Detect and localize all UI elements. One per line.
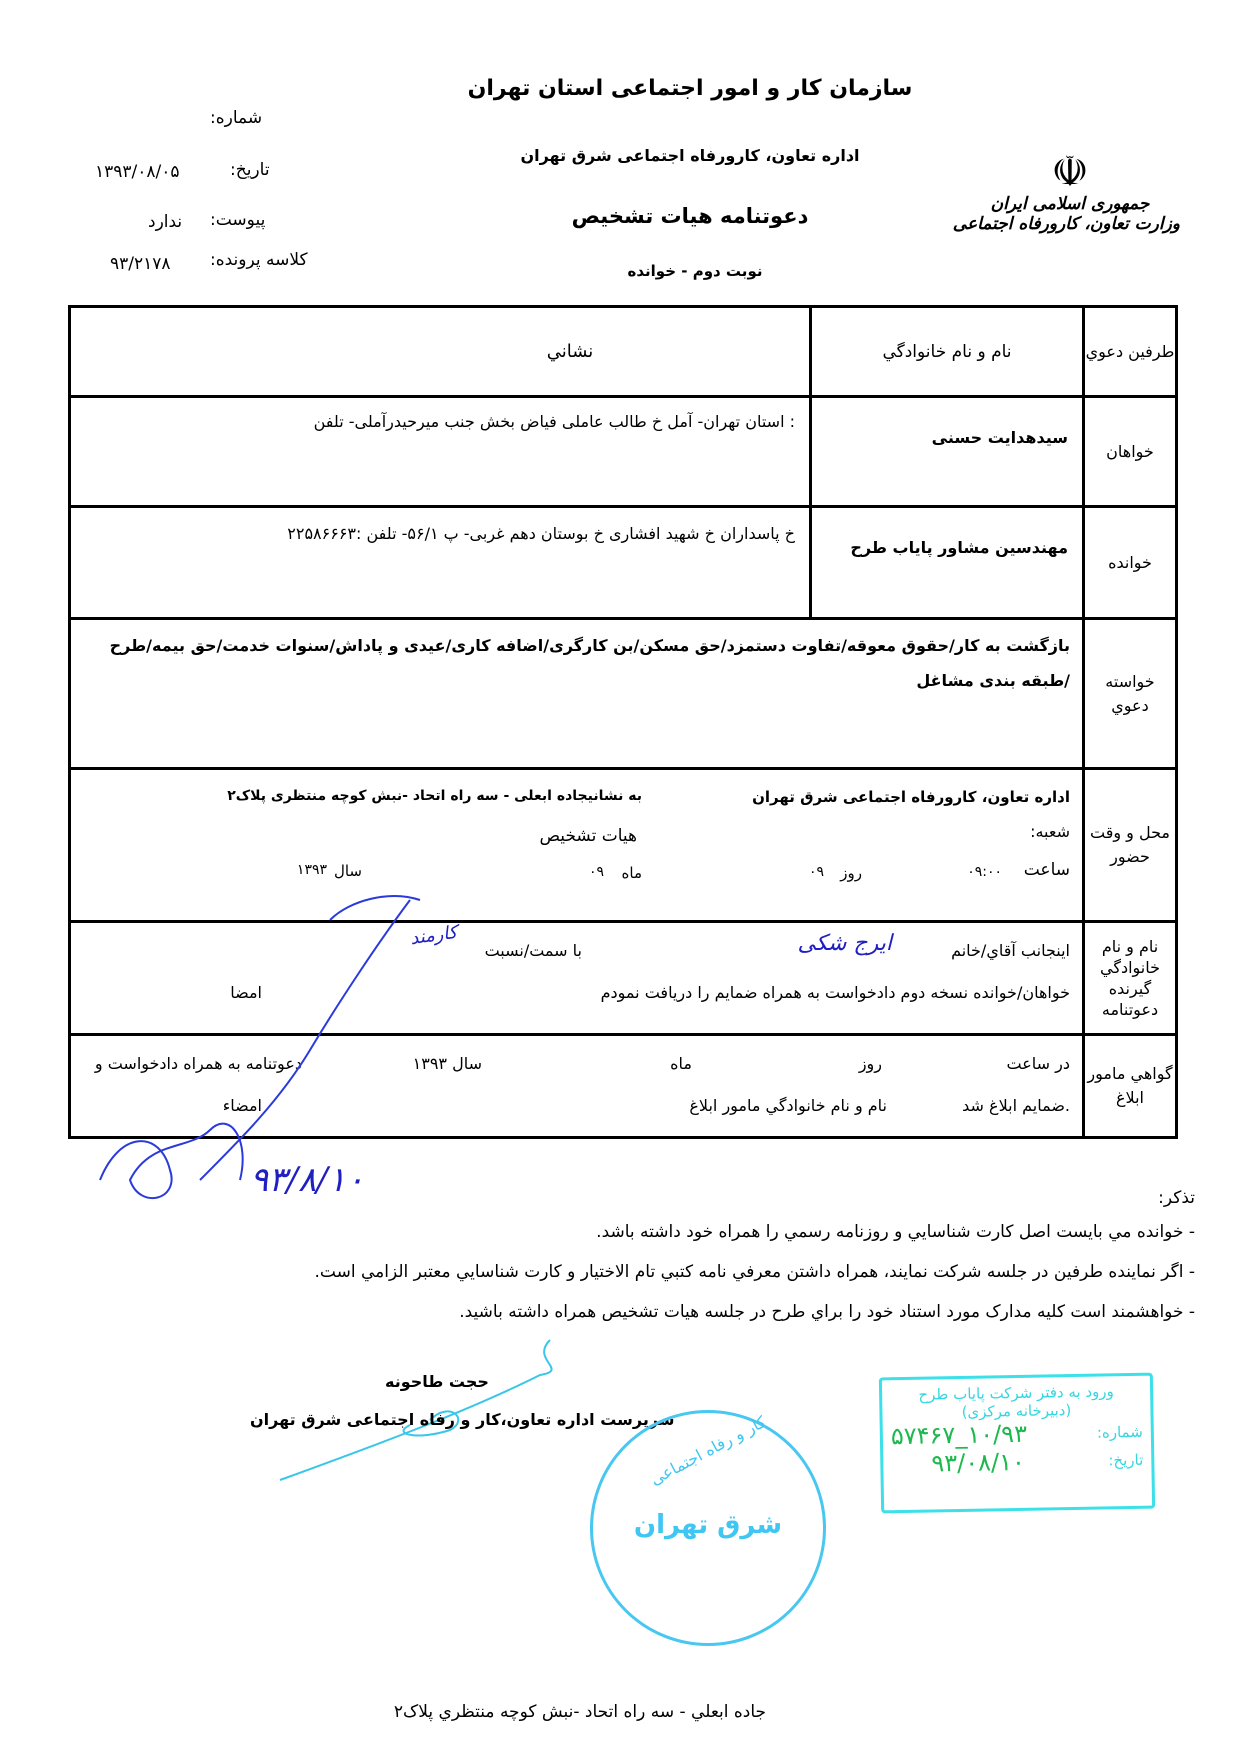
year-value: ۱۳۹۳ [297, 862, 327, 878]
attachment-value: ندارد [148, 212, 182, 232]
signatory-name: حجت طاحونه [385, 1372, 489, 1391]
branch-value: هیات تشخیص [539, 826, 637, 846]
date-label: تاریخ: [230, 160, 270, 180]
table-row-defendant: خوانده مهندسین مشاور پایاب طرح خ پاسدارا… [70, 507, 1177, 619]
officer-name-label: نام و نام خانوادگي مامور ابلاغ [689, 1096, 887, 1115]
notes-title: تذکر: [1158, 1188, 1195, 1208]
at-hour-label: در ساعت [1007, 1054, 1070, 1073]
header-address-label: نشاني [547, 341, 594, 362]
iran-emblem-icon: ☫ [960, 150, 1180, 194]
table-row-appearance: محل و وقت حضور اداره تعاون، کارورفاه اجت… [70, 769, 1177, 922]
claim-line-2: /طبقه بندی مشاغل [71, 655, 1082, 690]
entry-stamp-number-label: شماره: [1097, 1423, 1143, 1442]
officer-signature-label: امضاء [223, 1096, 262, 1115]
receiver-label: نام و نام خانوادگي گیرنده دعوتنامه [1084, 922, 1177, 1035]
date-value: ۱۳۹۳/۰۸/۰۵ [95, 162, 180, 182]
header-parties: طرفین دعوي [1084, 307, 1177, 397]
round-stamp-arc: کار و رفاه اجتماعی [602, 1388, 814, 1513]
signatory-title: سرپرست اداره تعاون،کار و رفاه اجتماعی شر… [250, 1410, 675, 1429]
logo-line-1: جمهوری اسلامی ایران [960, 194, 1180, 214]
receiver-signature-label: امضا [230, 983, 262, 1002]
file-number-value: ۹۳/۲۱۷۸ [110, 254, 171, 274]
month-label: ماه [622, 864, 642, 882]
footer-address: جاده ابعلي - سه راه اتحاد -نبش کوچه منتظ… [0, 1702, 1240, 1722]
role-label: با سمت/نسبت [485, 941, 582, 960]
day-label: روز [840, 864, 862, 882]
entry-stamp: ورود به دفتر شرکت پایاب طرح (دبیرخانه مر… [879, 1373, 1155, 1514]
table-row-claim: خواسته دعوي بازگشت به کار/حقوق معوقه/تفا… [70, 619, 1177, 769]
plaintiff-name: سیدهدایت حسنی [812, 398, 1082, 461]
file-number-label: کلاسه پرونده: [210, 250, 308, 270]
table-header-row: طرفین دعوي نام و نام خانوادگي نشاني [70, 307, 1177, 397]
round-official-stamp: کار و رفاه اجتماعی شرق تهران [590, 1410, 826, 1646]
logo-line-2: وزارت تعاون، کارورفاه اجتماعی [960, 214, 1180, 234]
receipt-statement: خواهان/خوانده نسخه دوم دادخواست به همراه… [601, 983, 1070, 1002]
number-label: شماره: [210, 108, 262, 128]
plaintiff-label: خواهان [1084, 397, 1177, 507]
month-value: ۰۹ [589, 864, 604, 880]
attachments-served: .ضمایم ابلاغ شد [962, 1096, 1070, 1115]
org-title: سازمان کار و امور اجتماعی استان تهران [0, 76, 1240, 101]
plaintiff-address: : استان تهران- آمل خ طالب عاملی فیاض بخش… [71, 398, 809, 445]
round-stamp-center: شرق تهران [593, 1510, 823, 1540]
defendant-label: خوانده [1084, 507, 1177, 619]
officer-year-label: سال ۱۳۹۳ [413, 1054, 482, 1073]
note-item-3: - خواهشمند است کلیه مدارک مورد استناد خو… [459, 1302, 1195, 1322]
entry-stamp-number: ۱۰/۹۳_۵۷۴۶۷ [891, 1420, 1028, 1450]
receiver-handwritten-name: ایرج شکی [798, 931, 893, 956]
officer-label: گواهي مامور ابلاغ [1084, 1035, 1177, 1138]
entry-stamp-date: ۹۳/۰۸/۱۰ [931, 1448, 1025, 1478]
defendant-name: مهندسین مشاور پایاب طرح [812, 508, 1082, 571]
table-row-plaintiff: خواهان سیدهدایت حسنی : استان تهران- آمل … [70, 397, 1177, 507]
table-row-officer: گواهي مامور ابلاغ در ساعت روز ماه سال ۱۳… [70, 1035, 1177, 1138]
note-item-1: - خوانده مي بایست اصل کارت شناسایي و روز… [596, 1222, 1195, 1242]
entry-stamp-date-label: تاریخ: [1108, 1451, 1143, 1470]
header-address: نشاني [70, 307, 811, 397]
attachment-label: پیوست: [210, 210, 265, 230]
claim-label: خواسته دعوي [1084, 619, 1177, 769]
header-name: نام و نام خانوادگي [811, 307, 1084, 397]
hour-label: ساعت [1024, 860, 1070, 880]
table-row-receiver: نام و نام خانوادگي گیرنده دعوتنامه اینجا… [70, 922, 1177, 1035]
ministry-logo: ☫ جمهوری اسلامی ایران وزارت تعاون، کارور… [960, 150, 1180, 234]
officer-day-label: روز [859, 1054, 882, 1073]
summons-table: طرفین دعوي نام و نام خانوادگي نشاني خواه… [68, 305, 1178, 1139]
defendant-address: خ پاسداران خ شهید افشاری خ بوستان دهم غر… [71, 508, 809, 557]
handwritten-date: ۹۳/۸/۱۰ [250, 1160, 364, 1200]
invitation-text: دعوتنامه به همراه دادخواست و [95, 1054, 302, 1073]
claim-line-1: بازگشت به کار/حقوق معوقه/تفاوت دستمزد/حق… [71, 620, 1082, 655]
turn-label: نوبت دوم - خوانده [0, 262, 1240, 280]
receiver-handwritten-role: کارمند [408, 922, 458, 949]
year-label: سال [334, 862, 362, 880]
branch-label: شعبه: [1030, 822, 1070, 841]
appearance-office: اداره تعاون، کارورفاه اجتماعی شرق تهران [752, 788, 1070, 806]
appearance-label: محل و وقت حضور [1084, 769, 1177, 922]
day-value: ۰۹ [809, 864, 824, 880]
officer-month-label: ماه [670, 1054, 692, 1073]
mr-mrs-label: اینجانب آقاي/خانم [951, 941, 1070, 960]
note-item-2: - اگر نماینده طرفین در جلسه شرکت نمایند،… [315, 1262, 1196, 1282]
appearance-address: به نشانيجاده ابعلی - سه راه اتحاد -نبش ک… [227, 788, 642, 804]
hour-value: ۰۹:۰۰ [967, 864, 1002, 880]
